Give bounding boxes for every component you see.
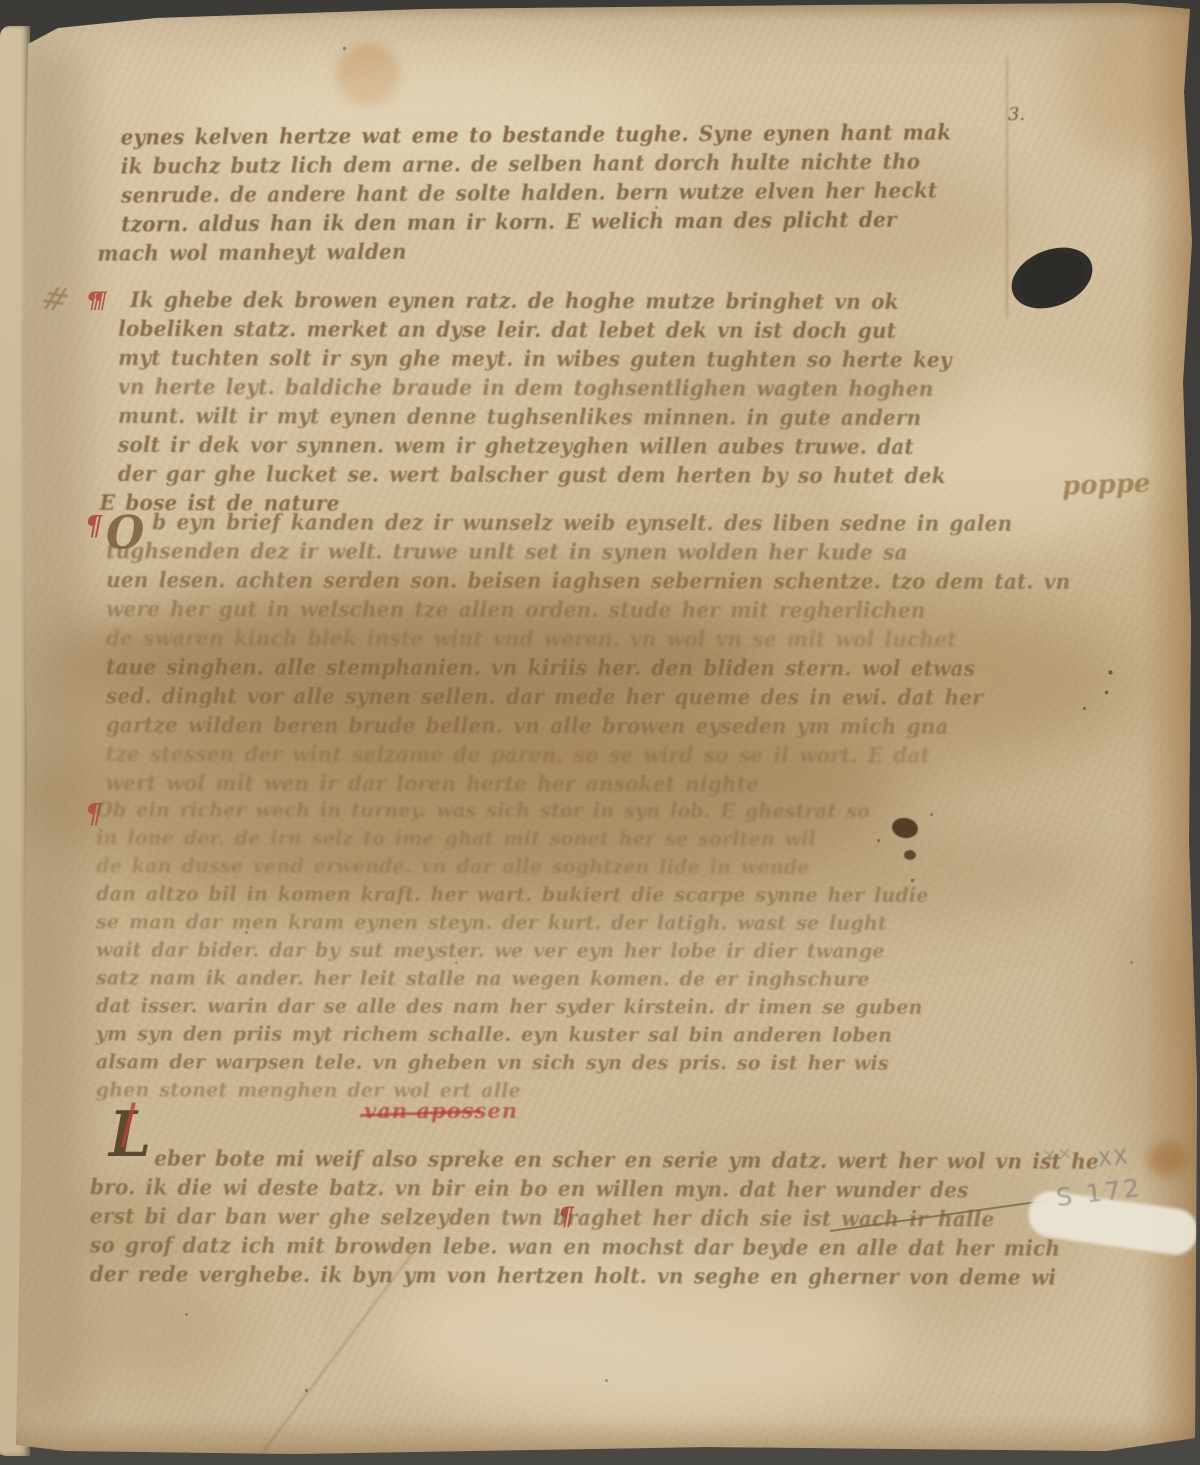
text-block-4: Ob ein richer wech in turney. was sich s… xyxy=(96,795,929,1104)
pilcrow-mark: ¶ xyxy=(85,511,102,542)
pencil-scratch: ×× xyxy=(1041,1142,1073,1166)
ink-specks xyxy=(6,2,7,3)
manuscript-line: dat isser. warin dar se alle des nam her… xyxy=(96,991,929,1022)
manuscript-line: Ob ein richer wech in turney. was sich s… xyxy=(96,795,929,826)
folio-number: 3. xyxy=(1008,104,1025,125)
manuscript-line: gartze wilden beren brude bellen. vn all… xyxy=(106,710,1070,742)
manuscript-line: were her gut in welschen tze allen orden… xyxy=(106,594,1070,626)
manuscript-line: myt tuchten solt ir syn ghe meyt. in wib… xyxy=(118,343,952,376)
text-block-3: b eyn brief kanden dez ir wunselz weib e… xyxy=(106,507,1071,799)
manuscript-line: satz nam ik ander. her leit stalle na we… xyxy=(96,963,929,994)
manuscript-line: in lone der. de irn selz to ime ghat mit… xyxy=(96,823,929,854)
text-block-5: eber bote mi weif also spreke en scher e… xyxy=(90,1143,1099,1292)
manuscript-line: vn herte leyt. baldiche braude in dem to… xyxy=(118,372,952,405)
text-block-1: eynes kelven hertze wat eme to bestande … xyxy=(121,117,952,267)
manuscript-line: lobeliken statz. merket an dyse leir. da… xyxy=(118,314,952,347)
photo-backdrop: 3. # eynes kelven hertze wat eme to best… xyxy=(0,0,1200,1465)
manuscript-line: se man dar men kram eynen steyn. der kur… xyxy=(96,907,929,938)
manuscript-line: dan altzo bil in komen kraft. her wart. … xyxy=(96,879,929,910)
margin-note-poppe: poppe xyxy=(1062,468,1151,501)
manuscript-line: tze stessen der wint selzame de paren. s… xyxy=(106,739,1070,771)
manuscript-line: tughsenden dez ir welt. truwe unlt set i… xyxy=(106,536,1070,568)
browned-bottom-edge xyxy=(6,1420,1198,1460)
pilcrow-mark-double: ¶¶ xyxy=(86,288,100,314)
manuscript-line: alsam der warpsen tele. vn gheben vn sic… xyxy=(96,1047,929,1078)
manuscript-line: uen lesen. achten serden son. beisen iag… xyxy=(106,565,1070,597)
manuscript-line: munt. wilt ir myt eynen denne tughsenlik… xyxy=(118,401,952,434)
manuscript-line: de swaren kinch blek inste wint vnd were… xyxy=(106,623,1070,655)
manuscript-line: der rede verghebe. ik byn ym von hertzen… xyxy=(90,1259,1099,1293)
manuscript-line: mach wol manheyt walden xyxy=(97,233,952,269)
pencil-note-xx: XX xyxy=(1097,1144,1131,1171)
manuscript-line: b eyn brief kanden dez ir wunselz weib e… xyxy=(106,507,1070,539)
manuscript-line: wait dar bider. dar by sut meyster. we v… xyxy=(96,935,929,966)
manuscript-line: der gar ghe lucket se. wert balscher gus… xyxy=(118,459,952,492)
browned-top-edge xyxy=(6,2,1198,20)
manuscript-line: taue singhen. alle stemphanien. vn kirii… xyxy=(106,652,1070,684)
manuscript-line: Ik ghebe dek browen eynen ratz. de hoghe… xyxy=(118,285,952,318)
parchment-page: 3. # eynes kelven hertze wat eme to best… xyxy=(6,2,1198,1460)
crease-vertical xyxy=(1006,57,1008,317)
manuscript-line: ym syn den priis myt richem schalle. eyn… xyxy=(96,1019,929,1050)
manuscript-line: solt ir dek vor synnen. wem ir ghetzeygh… xyxy=(118,430,952,463)
manuscript-line: de kan dusse vend erwende. vn dar alle s… xyxy=(96,851,929,882)
ink-blot-small xyxy=(904,850,916,860)
text-block-2: Ik ghebe dek browen eynen ratz. de hoghe… xyxy=(118,285,952,519)
manuscript-line: sed. dinght vor alle synen sellen. dar m… xyxy=(106,681,1070,713)
wormhole xyxy=(1003,236,1102,319)
